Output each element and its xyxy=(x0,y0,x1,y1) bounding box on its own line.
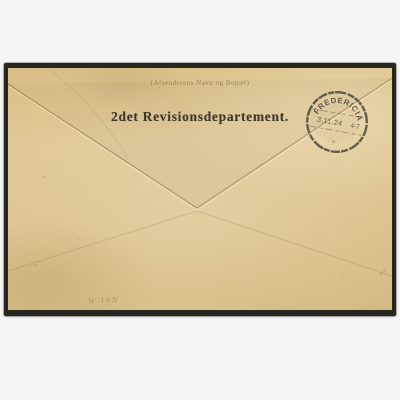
flap-left-highlight xyxy=(10,87,197,211)
photo-background: (Afsenderens Navn og Bopæl) 2det Revisio… xyxy=(0,0,400,400)
flap-left-edge xyxy=(8,84,197,208)
preprint-sender-line: (Afsenderens Navn og Bopæl) xyxy=(8,79,392,87)
pencil-corner-mark: 2 xyxy=(378,267,386,278)
paper-speckle xyxy=(340,273,343,275)
pencil-note: W 16N xyxy=(88,294,119,306)
seam-crease-right xyxy=(197,211,392,276)
department-line: 2det Revisionsdepartement. xyxy=(8,109,392,125)
envelope: (Afsenderens Navn og Bopæl) 2det Revisio… xyxy=(4,63,396,316)
seam-crease-left xyxy=(8,211,197,271)
paper-speckle xyxy=(42,176,45,178)
paper-speckle xyxy=(33,264,37,266)
envelope-back: (Afsenderens Navn og Bopæl) 2det Revisio… xyxy=(8,68,392,310)
paper-speckle xyxy=(78,238,80,240)
